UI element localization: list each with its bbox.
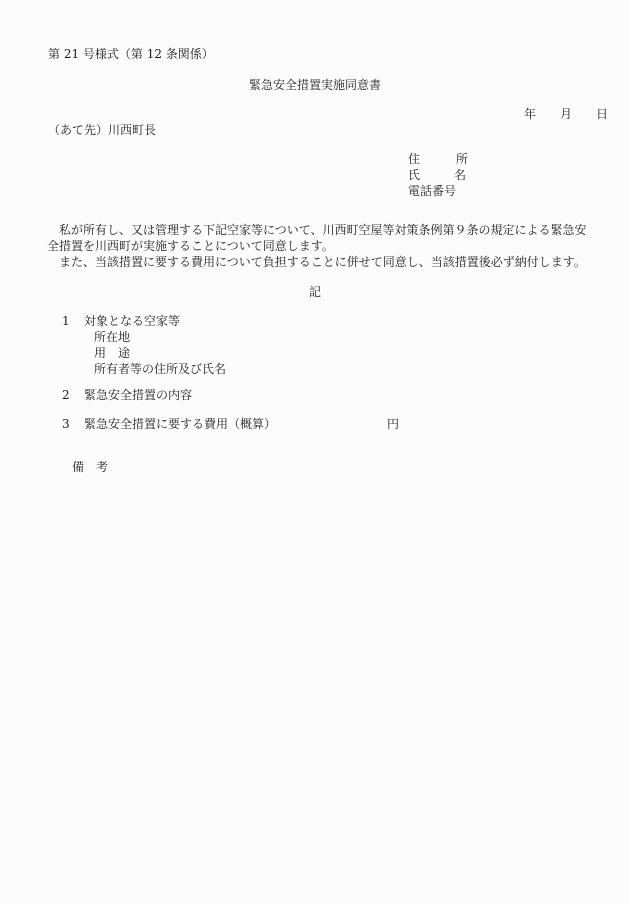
name-row: 氏名	[408, 167, 468, 183]
name-label-1: 氏	[408, 167, 454, 183]
item-target-property: 1対象となる空家等 所在地 用 途 所有者等の住所及び氏名	[62, 313, 226, 377]
cost-unit: 円	[387, 416, 399, 432]
item-number: 2	[62, 387, 84, 403]
item-measure-cost: 3緊急安全措置に要する費用（概算）	[62, 416, 276, 432]
consent-body: 私が所有し、又は管理する下記空家等について、川西町空屋等対策条例第９条の規定によ…	[47, 222, 587, 270]
address-label-2: 所	[456, 152, 468, 166]
month-label: 月	[560, 106, 572, 122]
document-title: 緊急安全措置実施同意書	[0, 77, 630, 93]
applicant-block: 住所 氏名 電話番号	[408, 151, 468, 199]
address-label-1: 住	[408, 151, 456, 167]
item-label: 緊急安全措置の内容	[84, 388, 192, 402]
consent-paragraph-1: 私が所有し、又は管理する下記空家等について、川西町空屋等対策条例第９条の規定によ…	[47, 222, 587, 254]
year-label: 年	[524, 106, 536, 122]
item-label: 緊急安全措置に要する費用（概算）	[84, 417, 276, 431]
name-label-2: 名	[454, 168, 466, 182]
address-row: 住所	[408, 151, 468, 167]
item-measure-content: 2緊急安全措置の内容	[62, 387, 192, 403]
date-line: 年月日	[500, 106, 608, 122]
phone-row: 電話番号	[408, 183, 468, 199]
form-number: 第 21 号様式（第 12 条関係）	[48, 46, 214, 62]
phone-label: 電話番号	[408, 184, 456, 198]
item-number: 3	[62, 416, 84, 432]
record-heading: 記	[0, 284, 630, 300]
sub-item-location: 所在地	[62, 329, 226, 345]
sub-item-owner: 所有者等の住所及び氏名	[62, 361, 226, 377]
day-label: 日	[596, 106, 608, 122]
item-number: 1	[62, 313, 84, 329]
consent-paragraph-2: また、当該措置に要する費用について負担することに併せて同意し、当該措置後必ず納付…	[47, 254, 587, 270]
sub-item-usage: 用 途	[62, 345, 226, 361]
item-label: 対象となる空家等	[84, 314, 180, 328]
addressee: （あて先）川西町長	[48, 122, 156, 138]
remarks-label: 備 考	[72, 459, 108, 475]
